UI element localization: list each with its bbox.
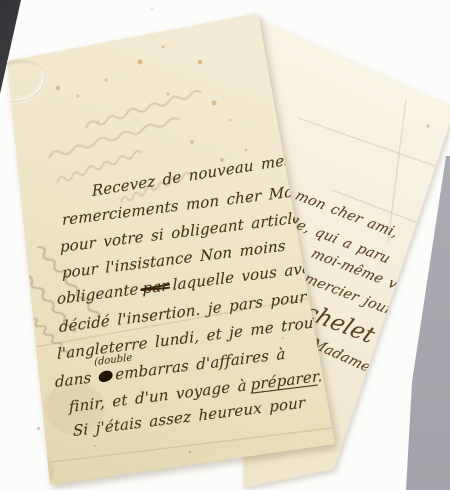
letter-sheet-front: Recevez de nouveau mes remerciements mon… [0, 0, 450, 490]
dust-speck [37, 427, 40, 430]
struck-out-word: par [142, 276, 168, 297]
ink-blot [98, 370, 112, 383]
front-sheet-shadow: Recevez de nouveau mes remerciements mon… [0, 0, 450, 490]
dust-speck [151, 8, 153, 10]
correction: (double [98, 368, 112, 385]
photo-of-two-manuscript-letters: mon cher ami, le, qui a paru moi-même vo… [0, 0, 450, 490]
punctuation: . [317, 367, 322, 386]
